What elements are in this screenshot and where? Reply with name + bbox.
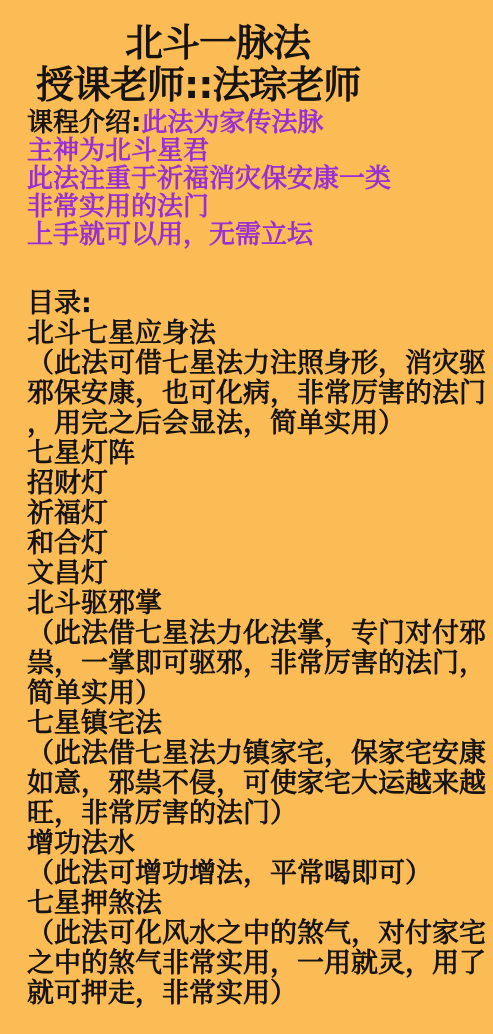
intro-line: 非常实用的法门 [27, 193, 493, 221]
catalog-item: 就可押走，非常实用） [27, 979, 493, 1009]
catalog-section: 目录: 北斗七星应身法 （此法可借七星法力注照身形，消灾驱 邪保安康，也可化病，… [0, 289, 493, 1009]
catalog-item: （此法可化风水之中的煞气，对付家宅 [27, 919, 493, 949]
catalog-item: ，用完之后会显法，简单实用） [27, 409, 493, 439]
catalog-item: 七星灯阵 [27, 439, 493, 469]
course-intro-section: 课程介绍:此法为家传法脉 主神为北斗星君 此法注重于祈福消灾保安康一类 非常实用… [0, 109, 493, 249]
catalog-item: 北斗驱邪掌 [27, 589, 493, 619]
catalog-item: 和合灯 [27, 529, 493, 559]
intro-line: 课程介绍:此法为家传法脉 [27, 109, 493, 137]
intro-line: 主神为北斗星君 [27, 137, 493, 165]
catalog-item: 祟，一掌即可驱邪，非常厉害的法门， [27, 649, 493, 679]
header: 北斗一脉法 授课老师::法琮老师 [0, 0, 493, 106]
catalog-item: 增功法水 [27, 829, 493, 859]
catalog-item: 七星镇宅法 [27, 709, 493, 739]
intro-line: 此法注重于祈福消灾保安康一类 [27, 165, 493, 193]
catalog-item: 旺，非常厉害的法门） [27, 799, 493, 829]
catalog-item: 七星押煞法 [27, 889, 493, 919]
catalog-heading: 目录: [27, 289, 493, 319]
catalog-item: 之中的煞气非常实用，一用就灵，用了 [27, 949, 493, 979]
catalog-item: （此法借七星法力化法掌，专门对付邪 [27, 619, 493, 649]
catalog-item: 招财灯 [27, 469, 493, 499]
catalog-item: （此法可增功增法，平常喝即可） [27, 859, 493, 889]
catalog-item: （此法借七星法力镇家宅，保家宅安康 [27, 739, 493, 769]
intro-line: 上手就可以用，无需立坛 [27, 221, 493, 249]
catalog-item: 北斗七星应身法 [27, 319, 493, 349]
catalog-item: 简单实用） [27, 679, 493, 709]
catalog-item: 文昌灯 [27, 559, 493, 589]
poster-page: 北斗一脉法 授课老师::法琮老师 课程介绍:此法为家传法脉 主神为北斗星君 此法… [0, 0, 493, 1034]
catalog-item: 祈福灯 [27, 499, 493, 529]
page-title: 北斗一脉法 [0, 22, 493, 64]
catalog-item: （此法可借七星法力注照身形，消灾驱 [27, 349, 493, 379]
intro-highlight: 此法为家传法脉 [141, 108, 323, 138]
catalog-item: 如意，邪祟不侵，可使家宅大运越来越 [27, 769, 493, 799]
intro-label: 课程介绍: [27, 108, 141, 138]
page-subtitle-teacher: 授课老师::法琮老师 [0, 64, 493, 106]
catalog-item: 邪保安康，也可化病，非常厉害的法门 [27, 379, 493, 409]
